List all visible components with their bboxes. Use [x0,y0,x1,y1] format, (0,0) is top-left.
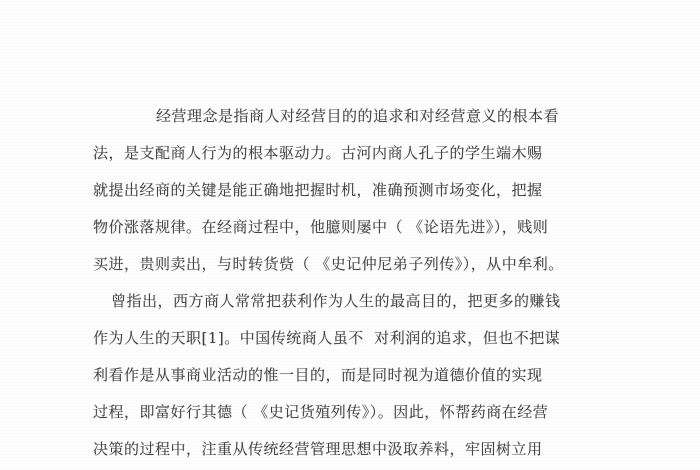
paragraph-line: 利看作是从事商业活动的惟一目的，而是同时视为道德价值的实现 [93,357,571,394]
document-page: 经营理念是指商人对经营目的的追求和对经营意义的根本看 法，是支配商人行为的根本驱… [0,0,700,470]
paragraph-line: 过程，即富好行其德（ 《史记货殖列传》）。因此，怀帮药商在经营 [93,394,571,431]
paragraph-line: 就提出经商的关键是能正确地把握时机，准确预测市场变化，把握 [93,172,571,209]
paragraph-line: 物价涨落规律。在经商过程中，他臆则屡中（ 《论语先进》），贱则 [93,209,571,246]
paragraph-line: 经营理念是指商人对经营目的的追求和对经营意义的根本看 [93,98,571,135]
paragraph-line: 买进，贵则卖出，与时转货赀（ 《史记仲尼弟子列传》），从中牟利。 [93,246,571,283]
paragraph-line: 作为人生的天职[1]。中国传统商人虽不 对利润的追求，但也不把谋 [93,320,571,357]
paragraph-line: 法，是支配商人行为的根本驱动力。古河内商人孔子的学生端木赐 [93,135,571,172]
paragraph-line: 曾指出，西方商人常常把获利作为人生的最高目的，把更多的赚钱 [93,283,571,320]
paragraph-block: 经营理念是指商人对经营目的的追求和对经营意义的根本看 法，是支配商人行为的根本驱… [93,98,571,468]
paragraph-line: 决策的过程中，注重从传统经营管理思想中汲取养料，牢固树立用 [93,431,571,468]
